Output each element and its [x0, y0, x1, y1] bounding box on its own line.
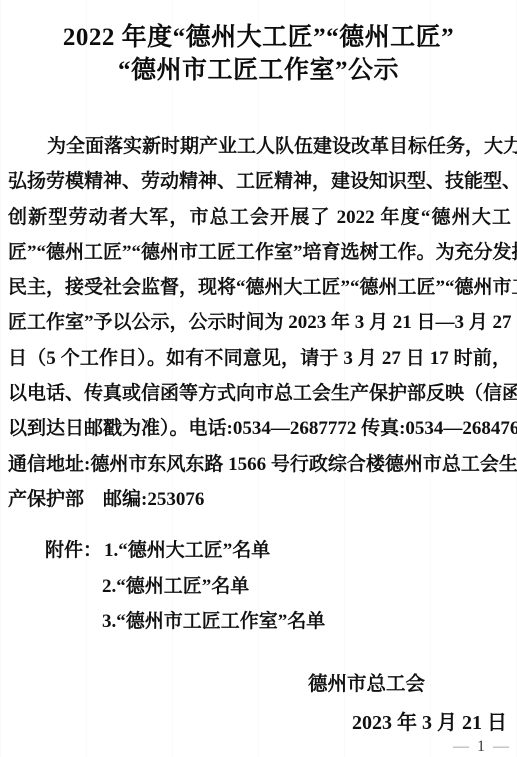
attachment-item-text: 2.“德州工匠”名单	[102, 576, 249, 597]
page-number-dash: —	[493, 738, 511, 755]
title-line-2: “德州市工匠工作室”公示	[0, 54, 517, 87]
body-paragraph: 为全面落实新时期产业工人队伍建设改革目标任务，大力 弘扬劳模精神、劳动精神、工匠…	[8, 129, 511, 517]
body-line: 通信地址:德州市东风东路 1566 号行政综合楼德州市总工会生	[8, 447, 511, 482]
attachment-item: 附件：1.“德州大工匠”名单	[45, 533, 511, 568]
issue-date: 2023 年 3 月 21 日	[0, 708, 517, 738]
attachments-label: 附件：	[45, 540, 102, 561]
document-title: 2022 年度“德州大工匠”“德州工匠” “德州市工匠工作室”公示	[0, 0, 517, 87]
body-line: 匠”“德州工匠”“德州市工匠工作室”培育选树工作。为充分发扬	[8, 235, 511, 270]
title-line-1: 2022 年度“德州大工匠”“德州工匠”	[0, 21, 517, 54]
attachment-item-text: 3.“德州市工匠工作室”名单	[102, 611, 325, 632]
body-line: 产保护部 邮编:253076	[8, 482, 511, 517]
body-line: 为全面落实新时期产业工人队伍建设改革目标任务，大力	[8, 129, 511, 164]
body-line: 弘扬劳模精神、劳动精神、工匠精神，建设知识型、技能型、	[8, 164, 511, 199]
document-page: 2022 年度“德州大工匠”“德州工匠” “德州市工匠工作室”公示 为全面落实新…	[0, 0, 517, 757]
body-line: 以到达日邮戳为准）。电话:0534—2687772 传真:0534—268476…	[8, 411, 511, 446]
body-line: 以电话、传真或信函等方式向市总工会生产保护部反映（信函	[8, 376, 511, 411]
body-line: 民主，接受社会监督，现将“德州大工匠”“德州工匠”“德州市工	[8, 270, 511, 305]
issuer-signature: 德州市总工会	[0, 670, 517, 700]
body-line: 日（5 个工作日）。如有不同意见，请于 3 月 27 日 17 时前，	[8, 341, 511, 376]
page-number: —1—	[0, 739, 517, 755]
attachment-item-text: 1.“德州大工匠”名单	[104, 540, 270, 561]
body-line: 创新型劳动者大军，市总工会开展了 2022 年度“德州大工	[8, 200, 511, 235]
page-number-value: 1	[471, 738, 493, 755]
page-number-dash: —	[453, 738, 471, 755]
attachment-item: 2.“德州工匠”名单	[45, 569, 511, 604]
body-line: 匠工作室”予以公示，公示时间为 2023 年 3 月 21 日—3 月 27	[8, 305, 511, 340]
attachments-list: 附件：1.“德州大工匠”名单 2.“德州工匠”名单 3.“德州市工匠工作室”名单	[45, 533, 511, 639]
attachment-item: 3.“德州市工匠工作室”名单	[45, 604, 511, 639]
